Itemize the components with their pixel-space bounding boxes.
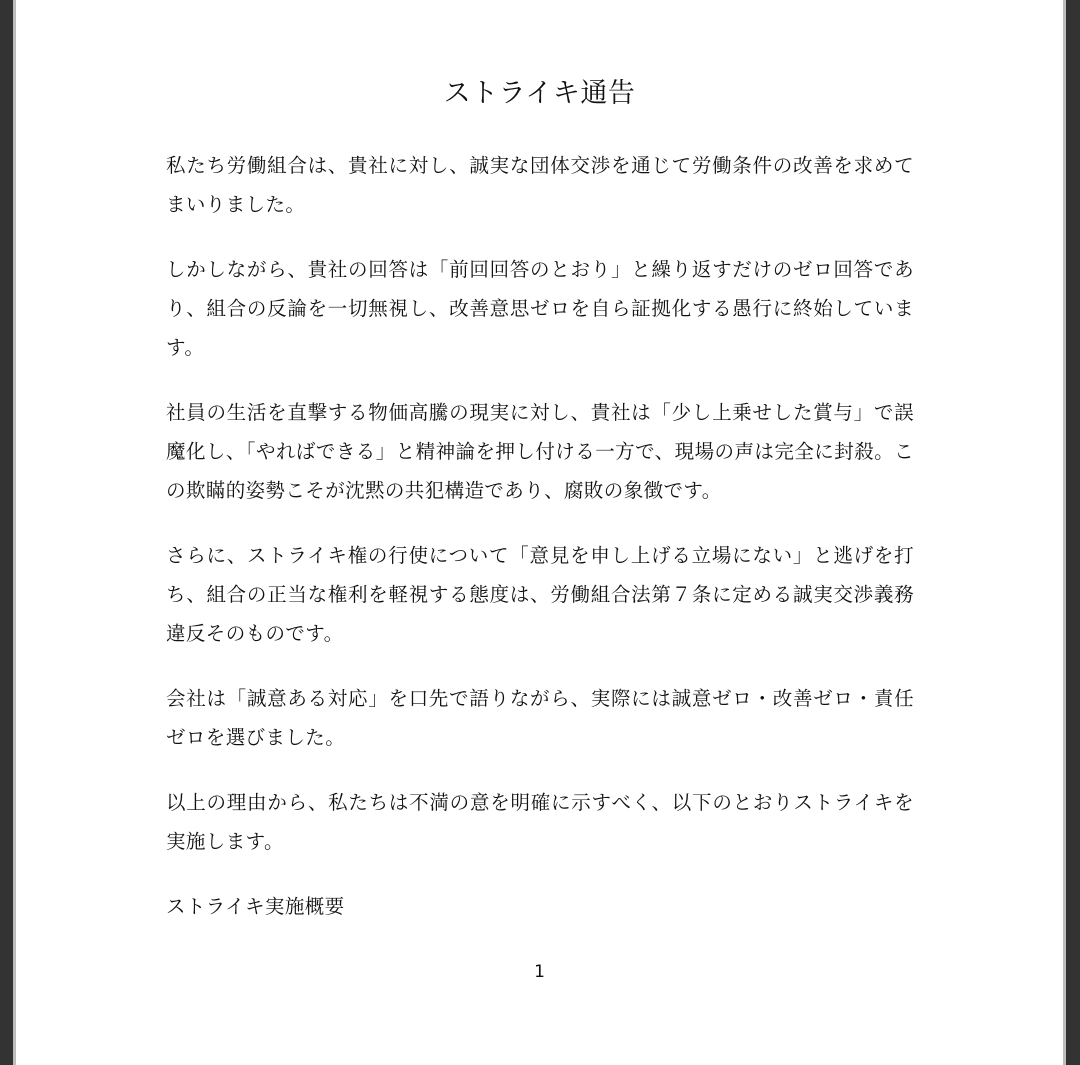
- page-number: 1: [16, 958, 1063, 986]
- document-title: ストライキ通告: [16, 74, 1063, 114]
- paragraph-inflation: 社員の生活を直撃する物価高騰の現実に対し、貴社は「少し上乗せした賞与」で誤魔化し…: [166, 393, 914, 510]
- paragraph-conclusion: 以上の理由から、私たちは不満の意を明確に示すべく、以下のとおりストライキを実施し…: [166, 783, 914, 861]
- paragraph-intro: 私たち労働組合は、貴社に対し、誠実な団体交渉を通じて労働条件の改善を求めてまいり…: [166, 146, 914, 224]
- paragraph-zero-response: しかしながら、貴社の回答は「前回回答のとおり」と繰り返すだけのゼロ回答であり、組…: [166, 250, 914, 367]
- paragraph-strike-right: さらに、ストライキ権の行使について「意見を申し上げる立場にない」と逃げを打ち、組…: [166, 536, 914, 653]
- document-viewer: ストライキ通告 私たち労働組合は、貴社に対し、誠実な団体交渉を通じて労働条件の改…: [0, 0, 1080, 1065]
- paragraph-sincerity: 会社は「誠意ある対応」を口先で語りながら、実際には誠意ゼロ・改善ゼロ・責任ゼロを…: [166, 679, 914, 757]
- page-edge-right: [1063, 0, 1066, 1065]
- document-body: 私たち労働組合は、貴社に対し、誠実な団体交渉を通じて労働条件の改善を求めてまいり…: [166, 146, 914, 952]
- section-heading-strike-overview: ストライキ実施概要: [166, 887, 914, 926]
- document-page: ストライキ通告 私たち労働組合は、貴社に対し、誠実な団体交渉を通じて労働条件の改…: [16, 0, 1063, 1065]
